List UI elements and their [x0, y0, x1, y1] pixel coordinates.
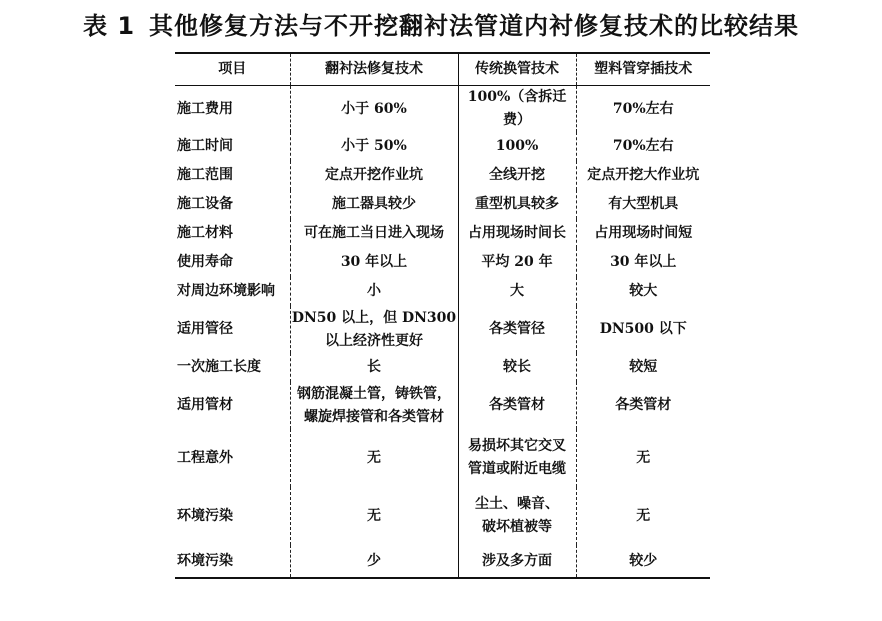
cell-text: 各类管材: [577, 394, 711, 417]
table-number: 表 1: [83, 12, 135, 40]
table-cell: 少: [290, 545, 458, 578]
table-row: 环境污染少涉及多方面较少: [175, 545, 710, 578]
cell-text: 钢筋混凝土管，铸铁管，: [291, 383, 458, 406]
table-row: 适用管材钢筋混凝土管，铸铁管，螺旋焊接管和各类管材各类管材各类管材: [175, 382, 710, 429]
cell-text: 30 年以上: [291, 251, 458, 274]
row-label: 适用管径: [175, 306, 290, 353]
table-cell: 无: [576, 487, 710, 545]
table-row: 一次施工长度长较长较短: [175, 353, 710, 382]
row-label: 施工费用: [175, 86, 290, 133]
table-cell: 各类管径: [458, 306, 576, 353]
cell-text: 小: [291, 280, 458, 303]
cell-text: 较少: [577, 550, 711, 573]
cell-text: 重型机具较多: [459, 193, 576, 216]
header-row: 项目 翻衬法修复技术 传统换管技术 塑料管穿插技术: [175, 53, 710, 86]
cell-text: 各类管径: [459, 318, 576, 341]
cell-text: 尘土、噪音、: [459, 493, 576, 516]
cell-text: 定点开挖大作业坑: [577, 164, 711, 187]
table-row: 施工材料可在施工当日进入现场占用现场时间长占用现场时间短: [175, 219, 710, 248]
table-cell: 重型机具较多: [458, 190, 576, 219]
cell-text: 有大型机具: [577, 193, 711, 216]
table-cell: 可在施工当日进入现场: [290, 219, 458, 248]
cell-text: 无: [577, 447, 711, 470]
row-label: 环境污染: [175, 487, 290, 545]
table-cell: 100%（含拆迁费）: [458, 86, 576, 133]
cell-text: 可在施工当日进入现场: [291, 222, 458, 245]
table-cell: 较少: [576, 545, 710, 578]
table-cell: 占用现场时间短: [576, 219, 710, 248]
cell-text: 各类管材: [459, 394, 576, 417]
cell-text: 全线开挖: [459, 164, 576, 187]
table-cell: 70%左右: [576, 132, 710, 161]
table-cell: 100%: [458, 132, 576, 161]
row-label: 施工设备: [175, 190, 290, 219]
cell-text: 70%左右: [577, 98, 711, 121]
table-row: 工程意外无易损坏其它交叉管道或附近电缆无: [175, 429, 710, 487]
cell-text: 占用现场时间长: [459, 222, 576, 245]
table-cell: 30 年以上: [290, 248, 458, 277]
table-row: 适用管径DN50 以上，但 DN300以上经济性更好各类管径DN500 以下: [175, 306, 710, 353]
table-cell: 长: [290, 353, 458, 382]
header-lining-method: 翻衬法修复技术: [290, 53, 458, 86]
row-label: 环境污染: [175, 545, 290, 578]
header-item: 项目: [175, 53, 290, 86]
table-cell: DN50 以上，但 DN300以上经济性更好: [290, 306, 458, 353]
cell-text: DN50 以上，但 DN300: [291, 307, 458, 330]
table-cell: 无: [576, 429, 710, 487]
table-cell: 30 年以上: [576, 248, 710, 277]
table-row: 施工费用小于 60%100%（含拆迁费）70%左右: [175, 86, 710, 133]
cell-text: 较大: [577, 280, 711, 303]
cell-text: 以上经济性更好: [291, 330, 458, 353]
table-cell: 较短: [576, 353, 710, 382]
cell-text: DN500 以下: [577, 318, 711, 341]
cell-text: 管道或附近电缆: [459, 458, 576, 481]
table-cell: 各类管材: [576, 382, 710, 429]
cell-text: 破坏植被等: [459, 516, 576, 539]
table-cell: 施工器具较少: [290, 190, 458, 219]
cell-text: 70%左右: [577, 135, 711, 158]
table-caption: 表 1其他修复方法与不开挖翻衬法管道内衬修复技术的比较结果: [0, 6, 882, 41]
table-body: 施工费用小于 60%100%（含拆迁费）70%左右施工时间小于 50%100%7…: [175, 86, 710, 579]
table-cell: 较大: [576, 277, 710, 306]
table-cell: DN500 以下: [576, 306, 710, 353]
cell-text: 长: [291, 356, 458, 379]
header-traditional-replacement: 传统换管技术: [458, 53, 576, 86]
table-cell: 无: [290, 429, 458, 487]
cell-text: 大: [459, 280, 576, 303]
table-cell: 尘土、噪音、破坏植被等: [458, 487, 576, 545]
cell-text: 无: [291, 505, 458, 528]
table-cell: 较长: [458, 353, 576, 382]
cell-text: 30 年以上: [577, 251, 711, 274]
header-plastic-sliplining: 塑料管穿插技术: [576, 53, 710, 86]
table-cell: 小于 50%: [290, 132, 458, 161]
cell-text: 定点开挖作业坑: [291, 164, 458, 187]
table-cell: 定点开挖大作业坑: [576, 161, 710, 190]
table-cell: 钢筋混凝土管，铸铁管，螺旋焊接管和各类管材: [290, 382, 458, 429]
table-cell: 小于 60%: [290, 86, 458, 133]
table-cell: 平均 20 年: [458, 248, 576, 277]
cell-text: 少: [291, 550, 458, 573]
cell-text: 平均 20 年: [459, 251, 576, 274]
cell-text: 无: [577, 505, 711, 528]
table-row: 环境污染无尘土、噪音、破坏植被等无: [175, 487, 710, 545]
cell-text: 易损坏其它交叉: [459, 435, 576, 458]
table-cell: 各类管材: [458, 382, 576, 429]
row-label: 使用寿命: [175, 248, 290, 277]
cell-text: 100%: [459, 135, 576, 158]
table-row: 使用寿命30 年以上平均 20 年30 年以上: [175, 248, 710, 277]
table-cell: 全线开挖: [458, 161, 576, 190]
table-cell: 涉及多方面: [458, 545, 576, 578]
cell-text: 占用现场时间短: [577, 222, 711, 245]
cell-text: 施工器具较少: [291, 193, 458, 216]
table-cell: 定点开挖作业坑: [290, 161, 458, 190]
table-row: 施工时间小于 50%100%70%左右: [175, 132, 710, 161]
table-row: 施工范围定点开挖作业坑全线开挖定点开挖大作业坑: [175, 161, 710, 190]
table-cell: 占用现场时间长: [458, 219, 576, 248]
cell-text: 涉及多方面: [459, 550, 576, 573]
row-label: 对周边环境影响: [175, 277, 290, 306]
row-label: 施工范围: [175, 161, 290, 190]
cell-text: 螺旋焊接管和各类管材: [291, 406, 458, 429]
table-cell: 有大型机具: [576, 190, 710, 219]
table-cell: 70%左右: [576, 86, 710, 133]
cell-text: 无: [291, 447, 458, 470]
comparison-table: 项目 翻衬法修复技术 传统换管技术 塑料管穿插技术 施工费用小于 60%100%…: [175, 52, 710, 579]
table-cell: 易损坏其它交叉管道或附近电缆: [458, 429, 576, 487]
cell-text: 小于 50%: [291, 135, 458, 158]
row-label: 适用管材: [175, 382, 290, 429]
table-cell: 大: [458, 277, 576, 306]
table-cell: 小: [290, 277, 458, 306]
cell-text: 较短: [577, 356, 711, 379]
table-row: 对周边环境影响小大较大: [175, 277, 710, 306]
table-row: 施工设备施工器具较少重型机具较多有大型机具: [175, 190, 710, 219]
row-label: 工程意外: [175, 429, 290, 487]
table-cell: 无: [290, 487, 458, 545]
row-label: 施工材料: [175, 219, 290, 248]
cell-text: 较长: [459, 356, 576, 379]
table-title: 其他修复方法与不开挖翻衬法管道内衬修复技术的比较结果: [149, 12, 799, 40]
cell-text: 100%（含拆迁费）: [459, 86, 576, 132]
row-label: 一次施工长度: [175, 353, 290, 382]
row-label: 施工时间: [175, 132, 290, 161]
cell-text: 小于 60%: [291, 98, 458, 121]
